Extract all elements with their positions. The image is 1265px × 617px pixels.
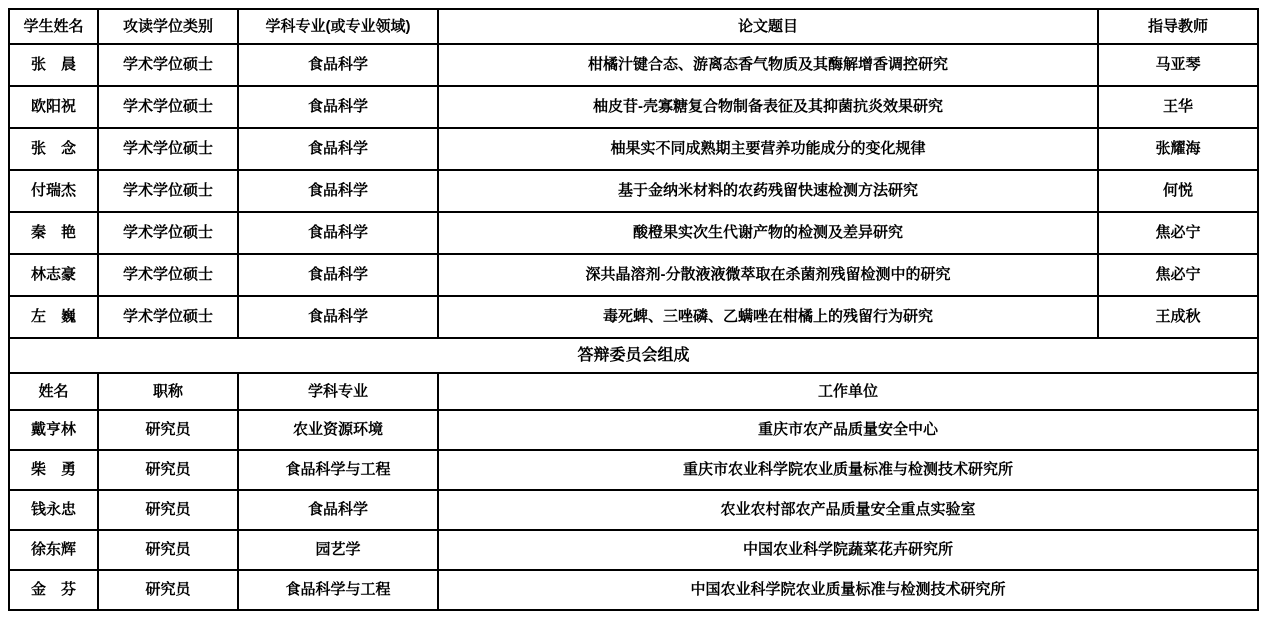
- thesis-title-cell: 柚皮苷-壳寡糖复合物制备表征及其抑菌抗炎效果研究: [438, 86, 1098, 128]
- student-name-cell: 欧阳祝: [9, 86, 98, 128]
- student-name-cell: 秦 艳: [9, 212, 98, 254]
- degree-type-cell: 学术学位硕士: [98, 170, 238, 212]
- student-name-cell: 左 巍: [9, 296, 98, 338]
- committee-name-cell: 钱永忠: [9, 490, 98, 530]
- committee-member-row: 徐东辉 研究员 园艺学 中国农业科学院蔬菜花卉研究所: [9, 530, 1258, 570]
- committee-name-cell: 徐东辉: [9, 530, 98, 570]
- header-student-name: 学生姓名: [9, 9, 98, 44]
- major-cell: 食品科学: [238, 44, 438, 86]
- committee-name-cell: 戴亨林: [9, 410, 98, 450]
- committee-header-title: 职称: [98, 373, 238, 410]
- committee-major-cell: 食品科学与工程: [238, 570, 438, 610]
- committee-header-row: 姓名 职称 学科专业 工作单位: [9, 373, 1258, 410]
- thesis-title-cell: 柚果实不同成熟期主要营养功能成分的变化规律: [438, 128, 1098, 170]
- major-cell: 食品科学: [238, 296, 438, 338]
- header-major: 学科专业(或专业领域): [238, 9, 438, 44]
- defense-committee-table: 学生姓名 攻读学位类别 学科专业(或专业领域) 论文题目 指导教师 张 晨 学术…: [8, 8, 1259, 611]
- advisor-cell: 何悦: [1098, 170, 1258, 212]
- committee-title-cell: 研究员: [98, 570, 238, 610]
- major-cell: 食品科学: [238, 128, 438, 170]
- major-cell: 食品科学: [238, 212, 438, 254]
- degree-type-cell: 学术学位硕士: [98, 44, 238, 86]
- major-cell: 食品科学: [238, 254, 438, 296]
- committee-header-name: 姓名: [9, 373, 98, 410]
- committee-title-cell: 研究员: [98, 450, 238, 490]
- degree-type-cell: 学术学位硕士: [98, 86, 238, 128]
- committee-title-cell: 研究员: [98, 490, 238, 530]
- committee-organization-cell: 中国农业科学院蔬菜花卉研究所: [438, 530, 1258, 570]
- header-advisor: 指导教师: [1098, 9, 1258, 44]
- committee-organization-cell: 中国农业科学院农业质量标准与检测技术研究所: [438, 570, 1258, 610]
- advisor-cell: 王华: [1098, 86, 1258, 128]
- committee-header-organization: 工作单位: [438, 373, 1258, 410]
- major-cell: 食品科学: [238, 170, 438, 212]
- thesis-title-cell: 酸橙果实次生代谢产物的检测及差异研究: [438, 212, 1098, 254]
- committee-header-major: 学科专业: [238, 373, 438, 410]
- advisor-cell: 马亚琴: [1098, 44, 1258, 86]
- thesis-title-cell: 深共晶溶剂-分散液液微萃取在杀菌剂残留检测中的研究: [438, 254, 1098, 296]
- student-row: 林志豪 学术学位硕士 食品科学 深共晶溶剂-分散液液微萃取在杀菌剂残留检测中的研…: [9, 254, 1258, 296]
- committee-organization-cell: 重庆市农业科学院农业质量标准与检测技术研究所: [438, 450, 1258, 490]
- committee-major-cell: 农业资源环境: [238, 410, 438, 450]
- committee-title-cell: 研究员: [98, 530, 238, 570]
- committee-major-cell: 食品科学与工程: [238, 450, 438, 490]
- header-thesis-title: 论文题目: [438, 9, 1098, 44]
- advisor-cell: 张耀海: [1098, 128, 1258, 170]
- committee-name-cell: 金 芬: [9, 570, 98, 610]
- student-row: 左 巍 学术学位硕士 食品科学 毒死蜱、三唑磷、乙螨唑在柑橘上的残留行为研究 王…: [9, 296, 1258, 338]
- student-row: 张 念 学术学位硕士 食品科学 柚果实不同成熟期主要营养功能成分的变化规律 张耀…: [9, 128, 1258, 170]
- committee-member-row: 金 芬 研究员 食品科学与工程 中国农业科学院农业质量标准与检测技术研究所: [9, 570, 1258, 610]
- committee-member-row: 钱永忠 研究员 食品科学 农业农村部农产品质量安全重点实验室: [9, 490, 1258, 530]
- committee-member-row: 柴 勇 研究员 食品科学与工程 重庆市农业科学院农业质量标准与检测技术研究所: [9, 450, 1258, 490]
- degree-type-cell: 学术学位硕士: [98, 254, 238, 296]
- committee-section-row: 答辩委员会组成: [9, 338, 1258, 373]
- advisor-cell: 王成秋: [1098, 296, 1258, 338]
- student-row: 付瑞杰 学术学位硕士 食品科学 基于金纳米材料的农药残留快速检测方法研究 何悦: [9, 170, 1258, 212]
- students-header-row: 学生姓名 攻读学位类别 学科专业(或专业领域) 论文题目 指导教师: [9, 9, 1258, 44]
- committee-major-cell: 园艺学: [238, 530, 438, 570]
- committee-organization-cell: 重庆市农产品质量安全中心: [438, 410, 1258, 450]
- student-name-cell: 张 念: [9, 128, 98, 170]
- header-degree-type: 攻读学位类别: [98, 9, 238, 44]
- student-row: 秦 艳 学术学位硕士 食品科学 酸橙果实次生代谢产物的检测及差异研究 焦必宁: [9, 212, 1258, 254]
- advisor-cell: 焦必宁: [1098, 212, 1258, 254]
- committee-major-cell: 食品科学: [238, 490, 438, 530]
- thesis-title-cell: 柑橘汁键合态、游离态香气物质及其酶解增香调控研究: [438, 44, 1098, 86]
- student-name-cell: 付瑞杰: [9, 170, 98, 212]
- degree-type-cell: 学术学位硕士: [98, 296, 238, 338]
- committee-title-cell: 研究员: [98, 410, 238, 450]
- committee-member-row: 戴亨林 研究员 农业资源环境 重庆市农产品质量安全中心: [9, 410, 1258, 450]
- thesis-title-cell: 基于金纳米材料的农药残留快速检测方法研究: [438, 170, 1098, 212]
- committee-section-title: 答辩委员会组成: [9, 338, 1258, 373]
- student-name-cell: 张 晨: [9, 44, 98, 86]
- degree-type-cell: 学术学位硕士: [98, 128, 238, 170]
- student-row: 张 晨 学术学位硕士 食品科学 柑橘汁键合态、游离态香气物质及其酶解增香调控研究…: [9, 44, 1258, 86]
- major-cell: 食品科学: [238, 86, 438, 128]
- degree-type-cell: 学术学位硕士: [98, 212, 238, 254]
- committee-name-cell: 柴 勇: [9, 450, 98, 490]
- student-row: 欧阳祝 学术学位硕士 食品科学 柚皮苷-壳寡糖复合物制备表征及其抑菌抗炎效果研究…: [9, 86, 1258, 128]
- committee-organization-cell: 农业农村部农产品质量安全重点实验室: [438, 490, 1258, 530]
- student-name-cell: 林志豪: [9, 254, 98, 296]
- thesis-title-cell: 毒死蜱、三唑磷、乙螨唑在柑橘上的残留行为研究: [438, 296, 1098, 338]
- advisor-cell: 焦必宁: [1098, 254, 1258, 296]
